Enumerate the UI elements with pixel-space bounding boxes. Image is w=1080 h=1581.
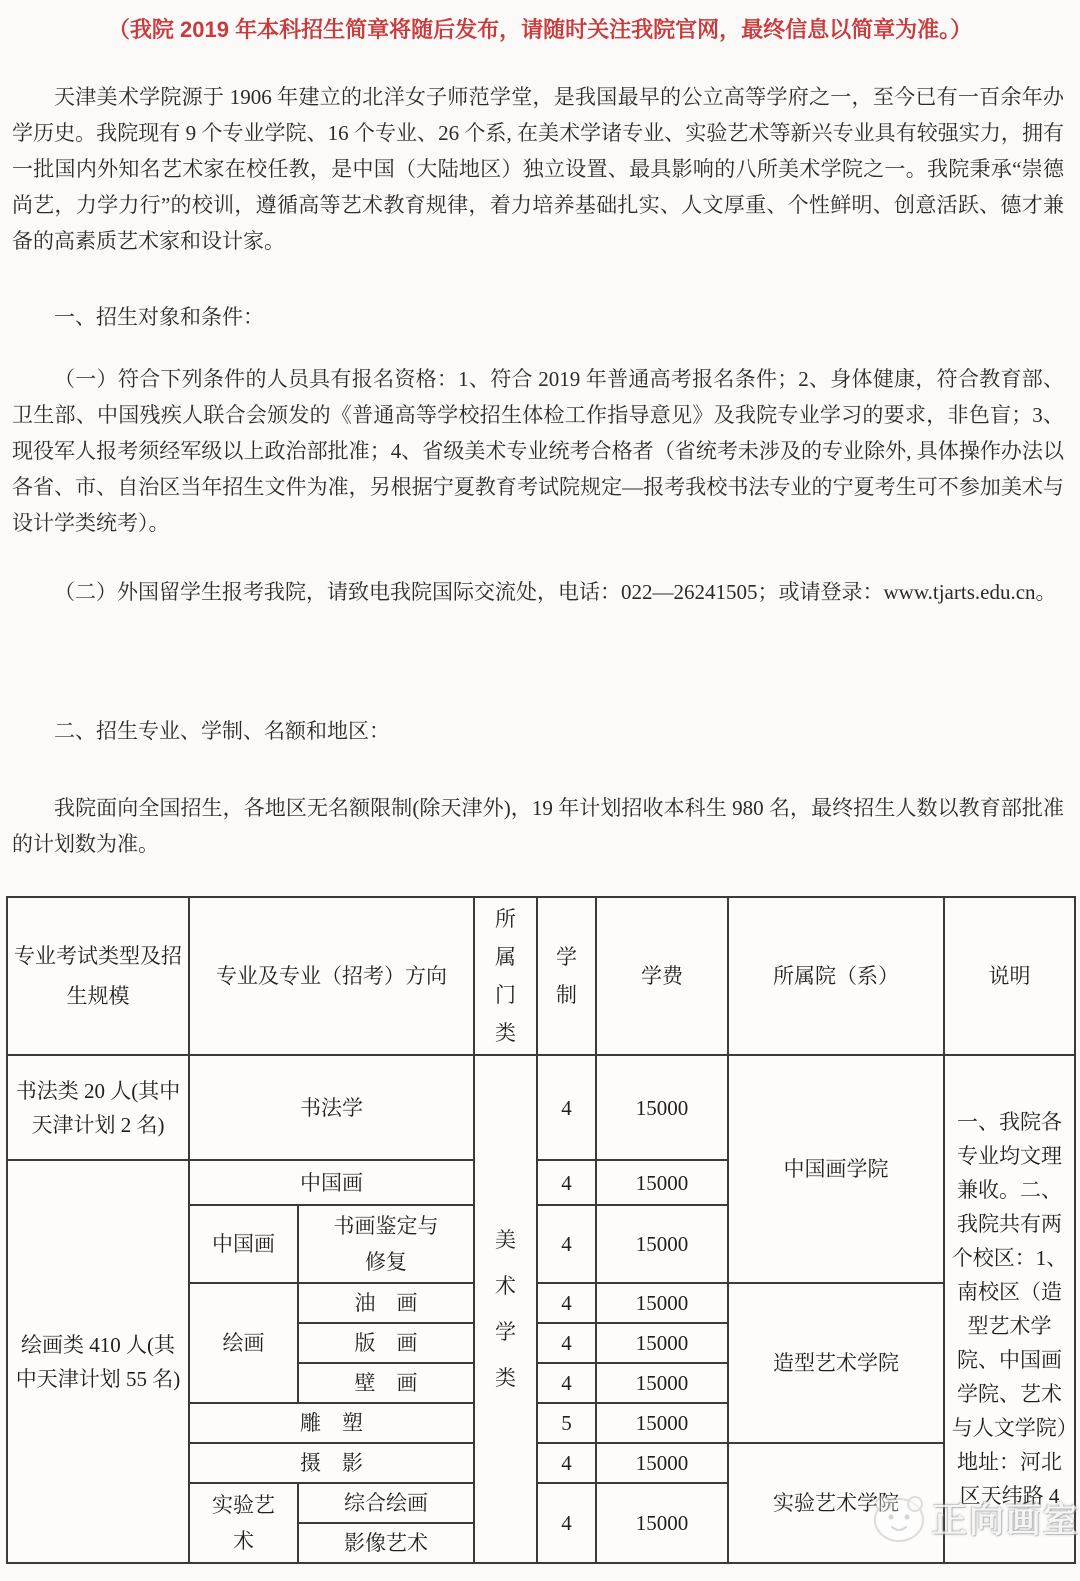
cell-group-experimental-art-text: 实验艺术 (208, 1487, 279, 1559)
cell-duration: 4 (537, 1205, 596, 1283)
cell-school-plastic-arts: 造型艺术学院 (728, 1283, 944, 1443)
cell-major-chinese-painting: 中国画 (189, 1160, 474, 1205)
cell-tuition: 15000 (596, 1483, 728, 1563)
cell-major-oil-painting: 油 画 (298, 1283, 474, 1323)
cell-note: 一、我院各专业均文理兼收。二、我院共有两个校区：1、南校区（造型艺术学院、中国画… (944, 1055, 1075, 1563)
header-school: 所属院（系） (728, 897, 944, 1055)
document-page: （我院 2019 年本科招生简章将随后发布，请随时关注我院官网，最终信息以简章为… (0, 0, 1080, 1581)
cell-major-appraisal-text: 书画鉴定与修复 (330, 1208, 441, 1280)
header-major: 专业及专业（招考）方向 (189, 897, 474, 1055)
table-row: 书法类 20 人(其中天津计划 2 名) 书法学 美术学类 4 15000 中国… (7, 1055, 1075, 1160)
cell-duration: 4 (537, 1160, 596, 1205)
cell-tuition: 15000 (596, 1055, 728, 1160)
header-note: 说明 (944, 897, 1075, 1055)
cell-major-comprehensive-painting: 综合绘画 (298, 1483, 474, 1523)
header-category: 所属门类 (474, 897, 537, 1055)
section-1-title: 一、招生对象和条件： (12, 299, 1064, 335)
cell-category-text: 美术学类 (493, 1217, 518, 1401)
cell-tuition: 15000 (596, 1283, 728, 1323)
cell-major-appraisal: 书画鉴定与修复 (298, 1205, 474, 1283)
cell-major-calligraphy: 书法学 (189, 1055, 474, 1160)
section-1-paragraph-b: （二）外国留学生报考我院，请致电我院国际交流处，电话：022—26241505；… (12, 574, 1064, 610)
cell-group-chinese-painting: 中国画 (189, 1205, 298, 1283)
cell-group-painting: 绘画 (189, 1283, 298, 1403)
header-duration: 学制 (537, 897, 596, 1055)
cell-major-video-art: 影像艺术 (298, 1523, 474, 1563)
cell-major-mural: 壁 画 (298, 1363, 474, 1403)
cell-exam-type-painting: 绘画类 410 人(其中天津计划 55 名) (7, 1160, 189, 1563)
table-header-row: 专业考试类型及招生规模 专业及专业（招考）方向 所属门类 学制 学费 所属院（系… (7, 897, 1075, 1055)
cell-major-printmaking: 版 画 (298, 1323, 474, 1363)
intro-paragraph: 天津美术学院源于 1906 年建立的北洋女子师范学堂，是我国最早的公立高等学府之… (12, 79, 1064, 259)
cell-duration: 5 (537, 1403, 596, 1443)
header-exam-type: 专业考试类型及招生规模 (7, 897, 189, 1055)
cell-school-chinese-painting: 中国画学院 (728, 1055, 944, 1283)
cell-major-photography: 摄 影 (189, 1443, 474, 1483)
cell-tuition: 15000 (596, 1403, 728, 1443)
cell-duration: 4 (537, 1323, 596, 1363)
cell-tuition: 15000 (596, 1363, 728, 1403)
cell-major-sculpture: 雕 塑 (189, 1403, 474, 1443)
cell-tuition: 15000 (596, 1205, 728, 1283)
cell-category: 美术学类 (474, 1055, 537, 1563)
header-category-text: 所属门类 (493, 900, 518, 1052)
cell-group-experimental-art: 实验艺术 (189, 1483, 298, 1563)
red-notice: （我院 2019 年本科招生简章将随后发布，请随时关注我院官网，最终信息以简章为… (20, 0, 1060, 45)
header-duration-text: 学制 (554, 938, 579, 1014)
cell-tuition: 15000 (596, 1160, 728, 1205)
cell-duration: 4 (537, 1363, 596, 1403)
section-1-paragraph-a: （一）符合下列条件的人员具有报名资格：1、符合 2019 年普通高考报名条件；2… (12, 361, 1064, 541)
cell-tuition: 15000 (596, 1323, 728, 1363)
section-2-paragraph-a: 我院面向全国招生，各地区无名额限制(除天津外)，19 年计划招收本科生 980 … (12, 790, 1064, 862)
cell-duration: 4 (537, 1055, 596, 1160)
cell-exam-type-calligraphy: 书法类 20 人(其中天津计划 2 名) (7, 1055, 189, 1160)
admission-plan-table: 专业考试类型及招生规模 专业及专业（招考）方向 所属门类 学制 学费 所属院（系… (6, 896, 1076, 1564)
section-2-title: 二、招生专业、学制、名额和地区： (12, 713, 1064, 749)
cell-duration: 4 (537, 1443, 596, 1483)
cell-duration: 4 (537, 1483, 596, 1563)
cell-tuition: 15000 (596, 1443, 728, 1483)
header-tuition: 学费 (596, 897, 728, 1055)
cell-duration: 4 (537, 1283, 596, 1323)
cell-school-experimental-art: 实验艺术学院 (728, 1443, 944, 1563)
